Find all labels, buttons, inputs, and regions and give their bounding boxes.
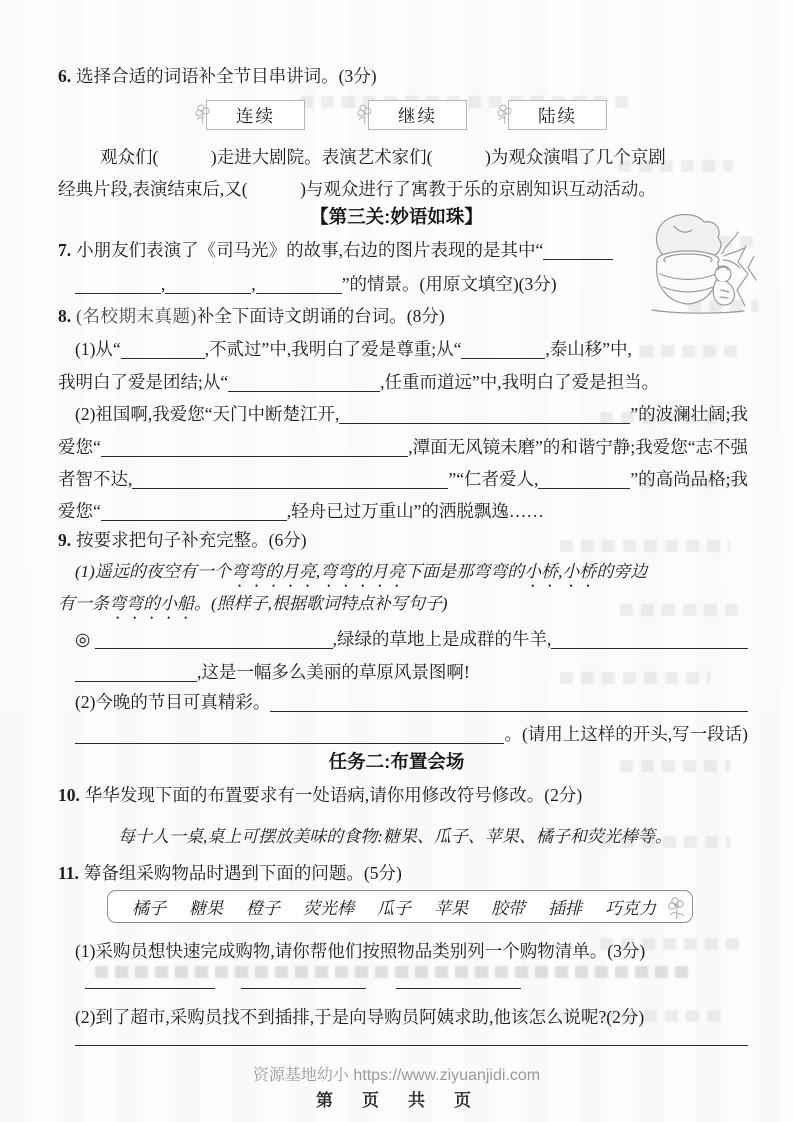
q11-part1-blanks xyxy=(85,983,521,985)
answer-blank xyxy=(396,987,521,989)
answer-blank xyxy=(461,357,545,359)
text-segment: ”的高尚品格;我 xyxy=(630,467,748,491)
option-label: 陆续 xyxy=(538,103,577,128)
answer-blank xyxy=(256,292,342,294)
q8-line-5: 者智不达,”“仁者爱人,”的高尚品格;我 xyxy=(58,467,748,491)
text-segment: ”“仁者爱人, xyxy=(448,467,538,491)
q8-line-6: 爱您“,轻舟已过万重山”的洒脱飘逸…… xyxy=(58,499,544,523)
text-segment: (1)从“ xyxy=(75,337,121,361)
text-segment: 下面是那弯弯的 xyxy=(405,560,524,584)
answer-blank xyxy=(75,292,161,294)
q8-line-2: 我明白了爱是团结;从“,任重而道远”中,我明白了爱是担当。 xyxy=(58,370,659,394)
emphasized-text: 小桥 xyxy=(524,560,558,591)
q8-line-3: (2)祖国啊,我爱您“天门中断楚江开,”的波澜壮阔;我 xyxy=(75,402,748,426)
answer-blank xyxy=(165,292,251,294)
q9-example-line-2: 有一条弯弯的小船。(照样子,根据歌词特点补写句子) xyxy=(58,592,448,623)
text-segment: ”的情景。(用原文填空)(3分) xyxy=(342,272,557,296)
text-segment: 经典片段,表演结束后,又( )与观众进行了寓教于乐的京剧知识互动活动。 xyxy=(58,177,656,201)
text-segment: 华华发现下面的布置要求有一处语病,请你用修改符号修改。(2分) xyxy=(85,783,582,807)
text-segment: ,轻舟已过万重山”的洒脱飘逸…… xyxy=(287,499,544,523)
q8-line-1: (1)从“,不贰过”中,我明白了爱是尊重;从“,泰山移”中, xyxy=(75,337,748,361)
item-label: 荧光棒 xyxy=(303,894,354,919)
text-segment: 补全下面诗文朗诵的台词。(8分) xyxy=(197,304,445,328)
text-segment: 有一条 xyxy=(58,592,109,616)
shopping-items-box: 橘子 糖果 橙子 荧光棒 瓜子 苹果 胶带 插排 巧克力 xyxy=(107,890,693,923)
text-segment: ◎ xyxy=(75,627,95,651)
option-box-luxu: 陆续 xyxy=(508,100,607,130)
text-segment: ,不贰过”中,我明白了爱是尊重;从“ xyxy=(205,337,462,361)
q7-line-2: ,,”的情景。(用原文填空)(3分) xyxy=(75,272,557,296)
answer-blank xyxy=(132,487,448,489)
answer-blank xyxy=(270,710,748,712)
q10-sentence: 每十人一桌,桌上可摆放美味的食物:糖果、瓜子、苹果、橘子和荧光棒等。 xyxy=(118,825,672,849)
q9-title: 9.按要求把句子补充完整。(6分) xyxy=(58,528,307,552)
text-segment: 的旁边 xyxy=(596,560,647,584)
option-box-lianxu: 连续 xyxy=(206,100,305,130)
answer-blank xyxy=(101,519,287,521)
task-2-header: 任务二:布置会场 xyxy=(0,748,793,774)
text-segment: 筹备组采购物品时遇到下面的问题。(5分) xyxy=(84,861,402,885)
item-label: 瓜子 xyxy=(377,894,411,919)
question-number: 10. xyxy=(58,783,80,807)
option-label: 连续 xyxy=(236,103,275,128)
q9-example-line-1: (1)遥远的夜空有一个弯弯的月亮,弯弯的月亮下面是那弯弯的小桥,小桥的旁边 xyxy=(75,560,647,591)
q11-part2-blank xyxy=(75,1040,748,1042)
text-segment: 。(请用上这样的开头,写一段话) xyxy=(504,722,748,746)
text-segment: (1)采购员想快速完成购物,请你帮他们按照物品类别列一个购物清单。(3分) xyxy=(75,939,645,963)
flower-icon xyxy=(496,103,514,125)
emphasized-text: 弯弯的月亮 xyxy=(320,560,405,591)
item-label: 橘子 xyxy=(132,894,166,919)
bleedthrough-artifact xyxy=(95,966,695,978)
answer-blank xyxy=(121,357,205,359)
q11-part2: (2)到了超市,采购员找不到插排,于是向导购员阿姨求助,他该怎么说呢?(2分) xyxy=(75,1005,644,1029)
text-segment: 选择合适的词语补全节目串讲词。(3分) xyxy=(76,64,376,88)
source-tag: (名校期末真题) xyxy=(76,304,197,328)
item-label: 糖果 xyxy=(189,894,223,919)
flower-icon xyxy=(356,103,374,125)
text-segment: 按要求把句子补充完整。(6分) xyxy=(76,528,306,552)
text-segment: ,泰山移”中, xyxy=(545,337,632,361)
item-label: 橙子 xyxy=(246,894,280,919)
text-segment: 。(照样子,根据歌词特点补写句子) xyxy=(194,592,448,616)
question-number: 7. xyxy=(58,238,71,262)
answer-blank xyxy=(75,742,504,744)
bleedthrough-artifact xyxy=(560,540,730,552)
text-segment: 爱您“ xyxy=(58,435,101,459)
footer-watermark: 资源基地幼小 https://www.ziyuanjidi.com xyxy=(0,1062,793,1085)
answer-blank xyxy=(339,422,630,424)
option-box-jixu: 继续 xyxy=(368,100,467,130)
text-segment: ,任重而道远”中,我明白了爱是担当。 xyxy=(380,370,659,394)
answer-blank xyxy=(228,390,380,392)
text-segment: ,这是一幅多么美丽的草原风景图啊! xyxy=(197,660,470,684)
text-segment: ,绿绿的草地上是成群的牛羊, xyxy=(333,627,552,651)
sima-guang-illustration xyxy=(626,208,766,322)
exam-page: 6.选择合适的词语补全节目串讲词。(3分) 连续 继续 陆续 观众们( )走 xyxy=(0,0,793,1122)
q10-title: 10.华华发现下面的布置要求有一处语病,请你用修改符号修改。(2分) xyxy=(58,783,582,807)
text-segment: (2)今晚的节目可真精彩。 xyxy=(75,690,270,714)
text-segment: (2)祖国啊,我爱您“天门中断楚江开, xyxy=(75,402,339,426)
q9-answer-line-1: ◎ ,绿绿的草地上是成群的牛羊, xyxy=(75,627,748,651)
q9-part2-line-1: (2)今晚的节目可真精彩。 xyxy=(75,690,748,714)
text-segment: 每十人一桌,桌上可摆放美味的食物:糖果、瓜子、苹果、橘子和荧光棒等。 xyxy=(118,825,672,849)
option-label: 继续 xyxy=(398,103,437,128)
q6-sentence-line-2: 经典片段,表演结束后,又( )与观众进行了寓教于乐的京剧知识互动活动。 xyxy=(58,177,656,201)
question-number: 6. xyxy=(58,64,71,88)
emphasized-text: 弯弯的小船 xyxy=(109,592,194,623)
text-segment: ”的波澜壮阔;我 xyxy=(630,402,748,426)
answer-blank xyxy=(538,487,630,489)
answer-blank xyxy=(543,258,613,260)
question-number: 9. xyxy=(58,528,71,552)
text-segment: 我明白了爱是团结;从“ xyxy=(58,370,228,394)
item-label: 胶带 xyxy=(491,894,525,919)
bleedthrough-artifact xyxy=(620,604,740,616)
answer-blank xyxy=(95,647,333,649)
flower-icon xyxy=(194,103,212,125)
text-segment: (2)到了超市,采购员找不到插排,于是向导购员阿姨求助,他该怎么说呢?(2分) xyxy=(75,1005,644,1029)
text-segment: (1)遥远的夜空有一个 xyxy=(75,560,231,584)
item-label: 巧克力 xyxy=(605,894,656,919)
q11-title: 11.筹备组采购物品时遇到下面的问题。(5分) xyxy=(58,861,402,885)
answer-blank xyxy=(551,647,748,649)
question-number: 11. xyxy=(58,861,79,885)
item-label: 苹果 xyxy=(434,894,468,919)
footer-page-indicator: 第 页 共 页 xyxy=(0,1086,793,1111)
emphasized-text: 弯弯的月亮 xyxy=(231,560,316,591)
text-segment: 者智不达, xyxy=(58,467,132,491)
answer-blank xyxy=(101,455,408,457)
item-label: 插排 xyxy=(548,894,582,919)
q11-part1: (1)采购员想快速完成购物,请你帮他们按照物品类别列一个购物清单。(3分) xyxy=(75,939,645,963)
answer-blank xyxy=(241,987,366,989)
text-segment: 观众们( )走进大剧院。表演艺术家们( )为观众演唱了几个京剧 xyxy=(100,145,666,169)
bleedthrough-artifact xyxy=(560,672,710,684)
answer-blank xyxy=(75,680,197,682)
text-segment: 小朋友们表演了《司马光》的故事,右边的图片表现的是其中“ xyxy=(76,238,543,262)
flower-icon xyxy=(667,896,687,920)
q8-title: 8.(名校期末真题)补全下面诗文朗诵的台词。(8分) xyxy=(58,304,445,328)
text-segment: ,潭面无风镜未磨”的和谐宁静;我爱您“志不强 xyxy=(408,435,748,459)
q9-answer-line-2: ,这是一幅多么美丽的草原风景图啊! xyxy=(75,660,470,684)
q9-part2-line-2: 。(请用上这样的开头,写一段话) xyxy=(75,722,748,746)
answer-blank xyxy=(75,1044,748,1046)
q6-title: 6.选择合适的词语补全节目串讲词。(3分) xyxy=(58,64,377,88)
q8-line-4: 爱您“,潭面无风镜未磨”的和谐宁静;我爱您“志不强 xyxy=(58,435,748,459)
q6-sentence-line-1: 观众们( )走进大剧院。表演艺术家们( )为观众演唱了几个京剧 xyxy=(100,145,666,169)
q7-line-1: 7.小朋友们表演了《司马光》的故事,右边的图片表现的是其中“ xyxy=(58,238,613,262)
answer-blank xyxy=(85,987,215,989)
emphasized-text: 小桥 xyxy=(562,560,596,591)
text-segment: 爱您“ xyxy=(58,499,101,523)
question-number: 8. xyxy=(58,304,71,328)
